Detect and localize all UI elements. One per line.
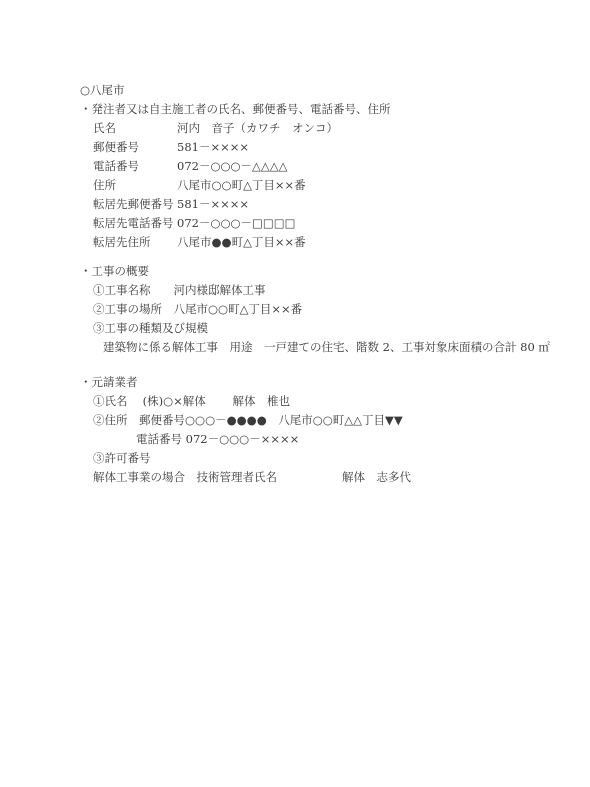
label-postal: 郵便番号 [93,140,139,154]
city-title: ○八尾市 [80,83,125,97]
label-address: 住所 [93,178,116,192]
work-place-row: ②工事の場所 八尾市○○町△丁目××番 [93,302,302,316]
value-new-address: 八尾市●●町△丁目××番 [177,235,306,249]
contractor-phone-row: 電話番号 072－○○○－×××× [136,432,299,446]
value-new-phone: 072－○○○－□□□□ [177,216,296,230]
manager-name: 解体 志多代 [342,470,411,484]
work-name-row: ①工事名称 河内様邸解体工事 [93,283,266,297]
contractor-heading: ・元請業者 [80,375,138,389]
label-name: 氏名 [93,121,116,135]
value-name: 河内 音子（カワチ オンコ） [177,121,338,135]
license-row: ③許可番号 [93,451,151,465]
label-phone: 電話番号 [93,159,139,173]
value-new-postal: 581－×××× [177,197,249,211]
contractor-address-row: ②住所 郵便番号○○○－●●●● 八尾市○○町△△丁目▼▼ [93,413,403,427]
overview-heading: ・工事の概要 [80,264,149,278]
value-address: 八尾市○○町△丁目××番 [177,178,306,192]
contractor-name-row: ①氏名 (株)○×解体 解体 椎也 [93,394,290,408]
label-new-phone: 転居先電話番号 [93,216,174,230]
label-new-address: 転居先住所 [93,235,151,249]
value-postal: 581－×××× [177,140,249,154]
work-detail: 建築物に係る解体工事 用途 一戸建ての住宅、階数 2、工事対象床面積の合計 80… [103,340,550,354]
value-phone: 072－○○○－△△△△ [177,159,287,173]
work-type-row: ③工事の種類及び規模 [93,321,208,335]
label-new-postal: 転居先郵便番号 [93,197,174,211]
manager-label: 解体工事業の場合 技術管理者氏名 [93,470,277,484]
orderer-heading: ・発注者又は自主施工者の氏名、郵便番号、電話番号、住所 [80,102,391,116]
